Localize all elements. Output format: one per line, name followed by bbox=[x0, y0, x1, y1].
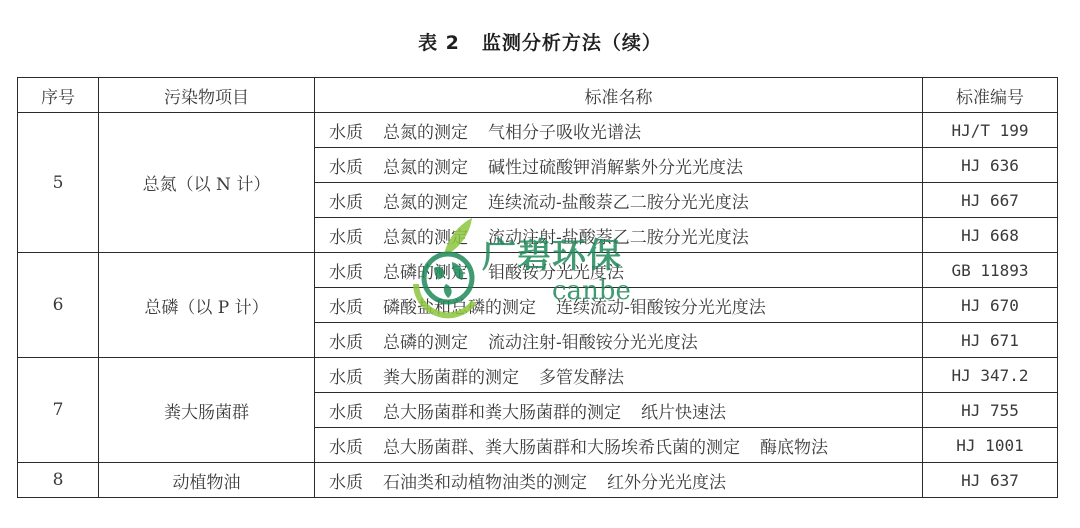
standard-code: HJ 670 bbox=[923, 288, 1058, 323]
standard-code: HJ 1001 bbox=[923, 428, 1058, 463]
standard-code: HJ 637 bbox=[923, 463, 1058, 498]
table-row: 6 总磷（以 P 计） 水质总磷的测定钼酸铵分光光度法 GB 11893 bbox=[18, 253, 1058, 288]
table-title: 表 2监测分析方法（续） bbox=[0, 28, 1080, 55]
monitoring-methods-table: 序号 污染物项目 标准名称 标准编号 5 总氮（以 N 计） 水质总氮的测定气相… bbox=[17, 77, 1058, 498]
row-number: 8 bbox=[18, 463, 99, 498]
standard-name: 水质总大肠菌群、粪大肠菌群和大肠埃希氏菌的测定酶底物法 bbox=[315, 428, 923, 463]
standard-name: 水质总磷的测定流动注射-钼酸铵分光光度法 bbox=[315, 323, 923, 358]
table-row: 5 总氮（以 N 计） 水质总氮的测定气相分子吸收光谱法 HJ/T 199 bbox=[18, 113, 1058, 148]
standard-name: 水质总氮的测定流动注射-盐酸萘乙二胺分光光度法 bbox=[315, 218, 923, 253]
pollutant-item: 总磷（以 P 计） bbox=[99, 253, 315, 358]
pollutant-item: 粪大肠菌群 bbox=[99, 358, 315, 463]
header-num: 序号 bbox=[18, 78, 99, 113]
standard-name: 水质磷酸盐和总磷的测定连续流动-钼酸铵分光光度法 bbox=[315, 288, 923, 323]
row-number: 5 bbox=[18, 113, 99, 253]
standard-code: HJ/T 199 bbox=[923, 113, 1058, 148]
pollutant-item: 总氮（以 N 计） bbox=[99, 113, 315, 253]
table-header-row: 序号 污染物项目 标准名称 标准编号 bbox=[18, 78, 1058, 113]
header-code: 标准编号 bbox=[923, 78, 1058, 113]
standard-name: 水质总氮的测定连续流动-盐酸萘乙二胺分光光度法 bbox=[315, 183, 923, 218]
table-row: 8 动植物油 水质石油类和动植物油类的测定红外分光光度法 HJ 637 bbox=[18, 463, 1058, 498]
standard-code: HJ 636 bbox=[923, 148, 1058, 183]
table-title-text: 监测分析方法（续） bbox=[482, 32, 662, 54]
row-number: 7 bbox=[18, 358, 99, 463]
standard-code: HJ 671 bbox=[923, 323, 1058, 358]
row-number: 6 bbox=[18, 253, 99, 358]
standard-code: HJ 668 bbox=[923, 218, 1058, 253]
standard-name: 水质总氮的测定碱性过硫酸钾消解紫外分光光度法 bbox=[315, 148, 923, 183]
standard-code: HJ 755 bbox=[923, 393, 1058, 428]
table-title-prefix: 表 2 bbox=[418, 32, 460, 54]
standard-name: 水质总大肠菌群和粪大肠菌群的测定纸片快速法 bbox=[315, 393, 923, 428]
table-row: 7 粪大肠菌群 水质粪大肠菌群的测定多管发酵法 HJ 347.2 bbox=[18, 358, 1058, 393]
standard-name: 水质总磷的测定钼酸铵分光光度法 bbox=[315, 253, 923, 288]
standard-name: 水质总氮的测定气相分子吸收光谱法 bbox=[315, 113, 923, 148]
standard-code: HJ 667 bbox=[923, 183, 1058, 218]
pollutant-item: 动植物油 bbox=[99, 463, 315, 498]
standard-name: 水质石油类和动植物油类的测定红外分光光度法 bbox=[315, 463, 923, 498]
standard-name: 水质粪大肠菌群的测定多管发酵法 bbox=[315, 358, 923, 393]
header-name: 标准名称 bbox=[315, 78, 923, 113]
standard-code: HJ 347.2 bbox=[923, 358, 1058, 393]
standard-code: GB 11893 bbox=[923, 253, 1058, 288]
header-item: 污染物项目 bbox=[99, 78, 315, 113]
